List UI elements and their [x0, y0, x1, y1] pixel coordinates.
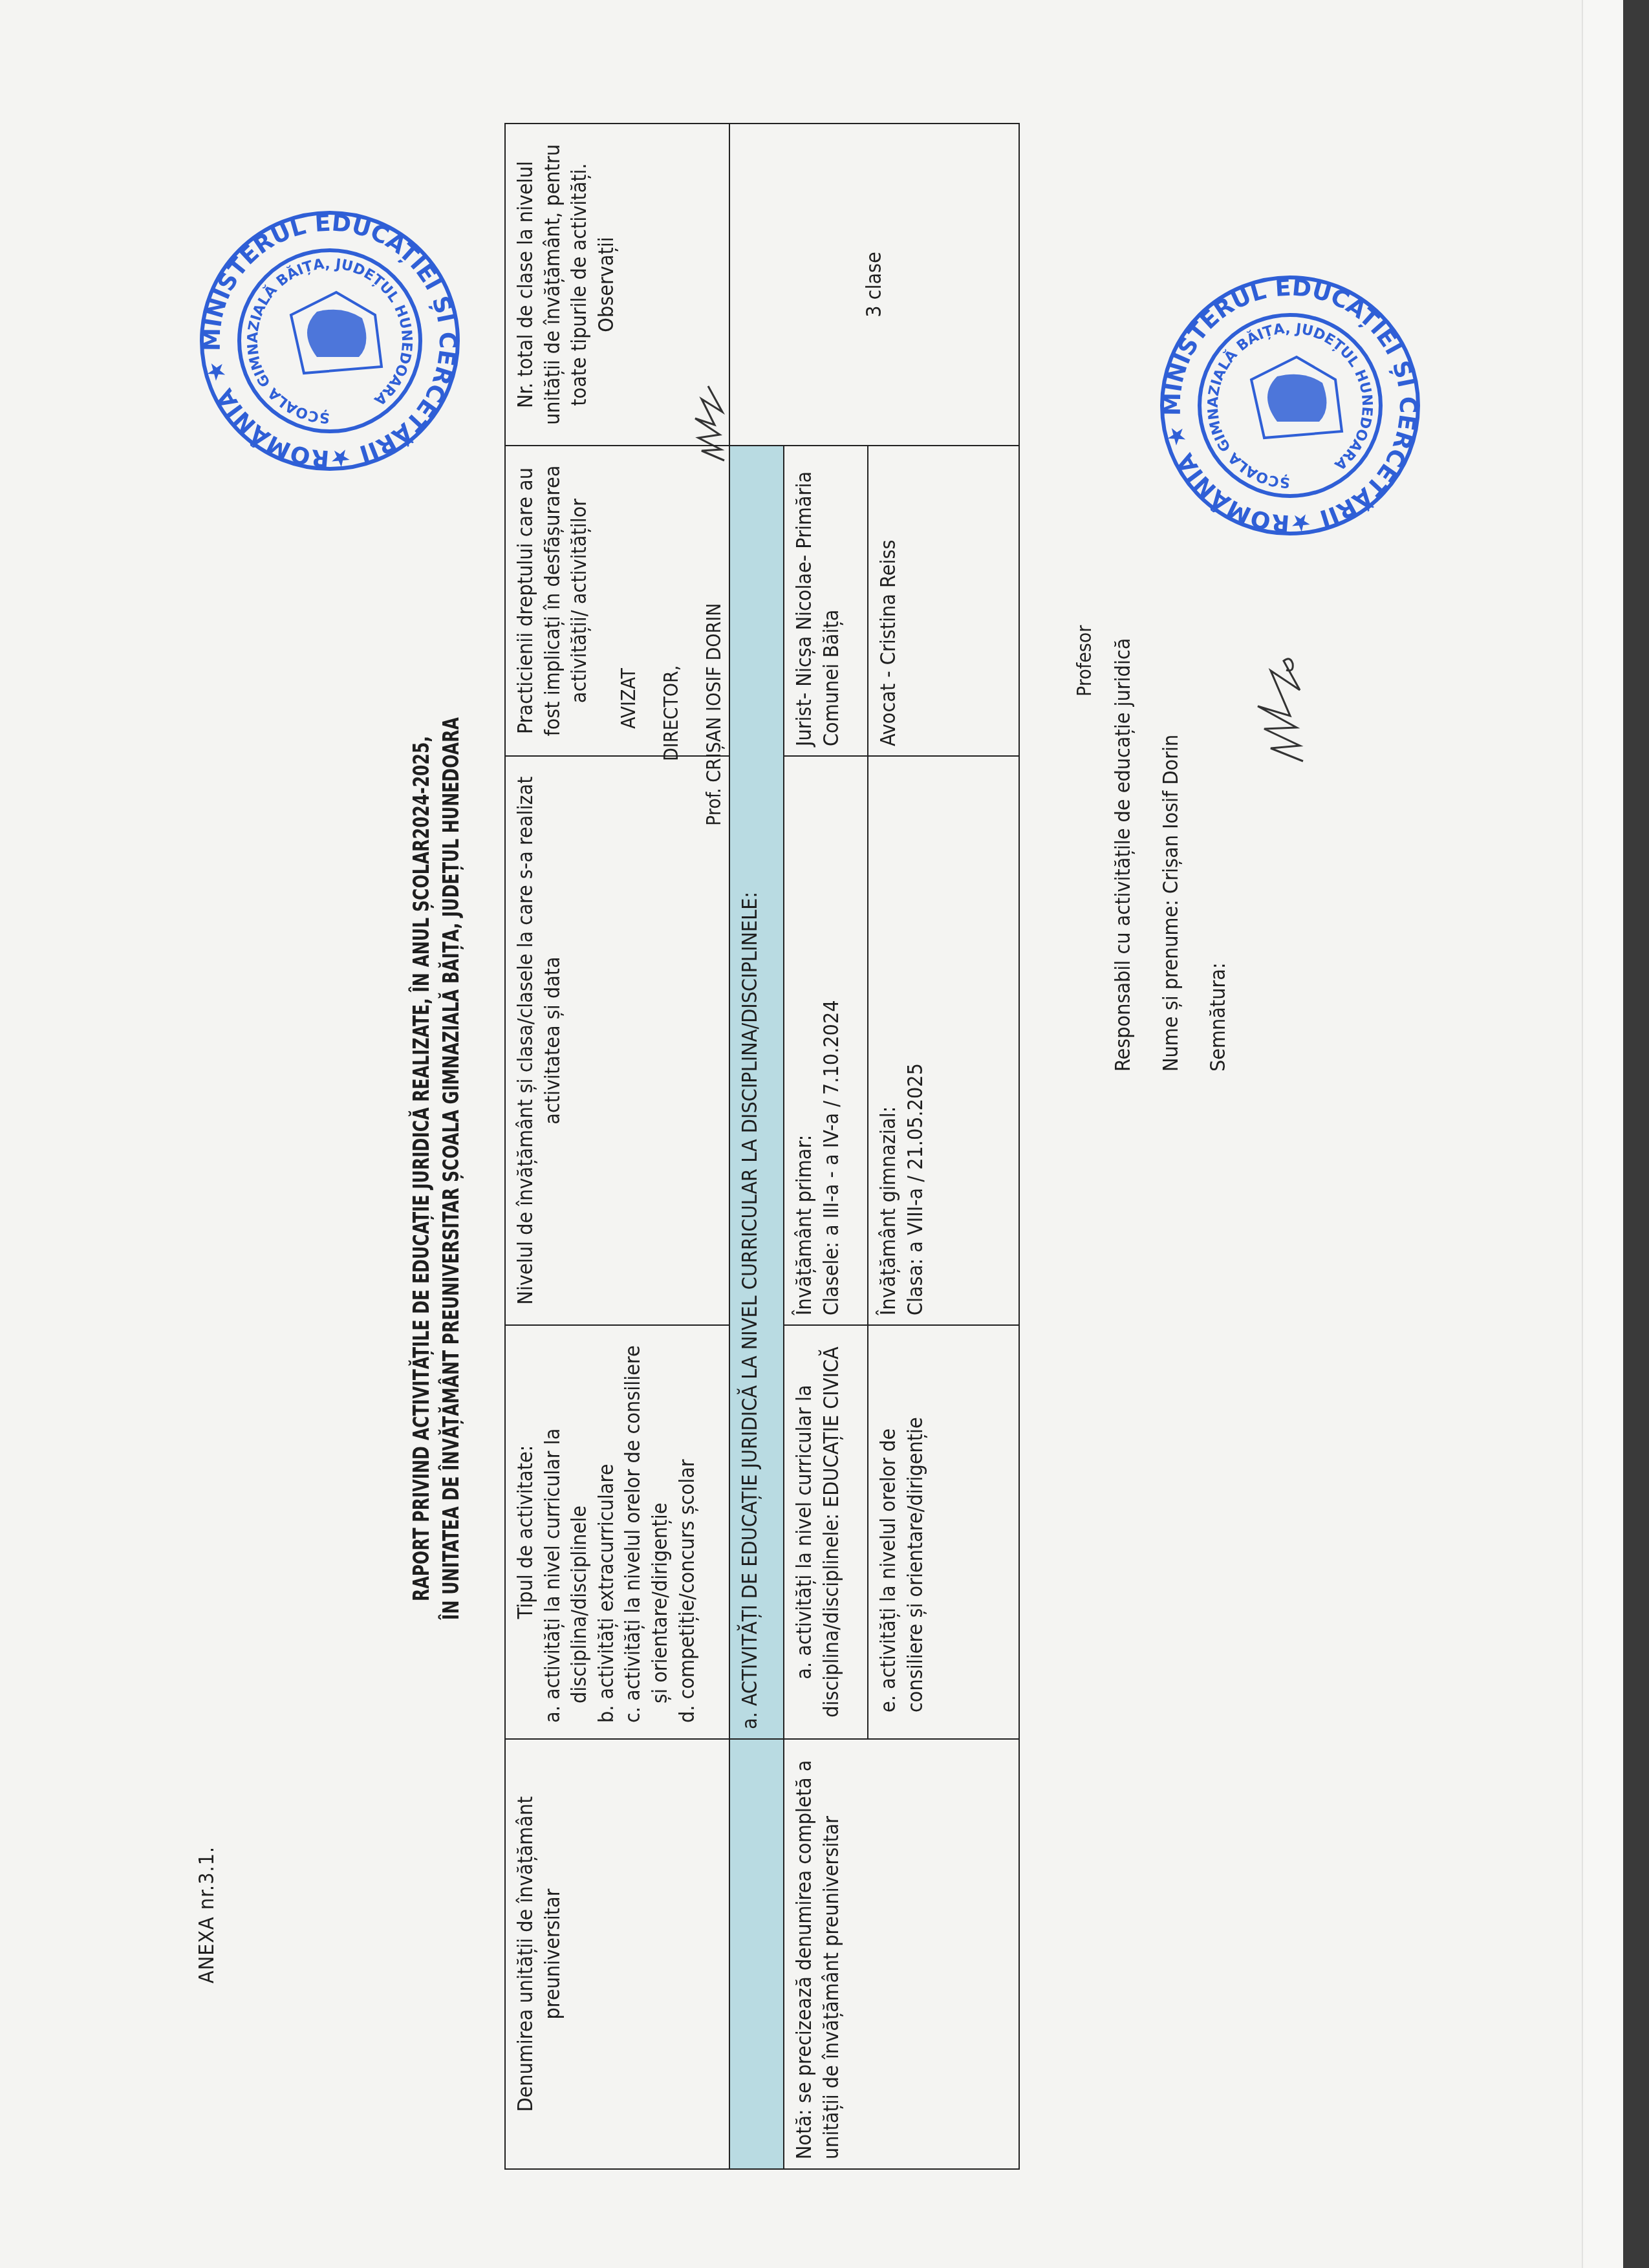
responsible-name: Nume și prenume: Crișan Iosif Dorin	[1147, 638, 1195, 1072]
header-practitioners: Practicienii dreptului care au fost impl…	[505, 446, 729, 756]
band-empty-cell	[729, 1739, 784, 2169]
activity-type-list: a. activități la nivel curricular la dis…	[539, 1335, 701, 1729]
responsible-block: Responsabil cu activitățile de educație …	[1099, 638, 1242, 1072]
report-title-line1: RAPORT PRIVIND ACTIVITĂȚILE DE EDUCAȚIE …	[407, 691, 437, 1646]
row-activity: e. activități la nivelul orelor de consi…	[868, 1325, 1019, 1739]
activity-type-item: d. competiție/concurs școlar	[674, 1335, 701, 1703]
total-classes-cell: 3 clase	[729, 124, 1019, 446]
row-classes-date: Clasele: a III-a - a IV-a / 7.10.2024	[818, 766, 845, 1315]
responsible-signature-icon	[1245, 651, 1316, 768]
row-level-label: Învățământ gimnazial:	[875, 766, 902, 1315]
activities-table: Denumirea unității de învățământ preuniv…	[504, 123, 1020, 2170]
row-practitioner: Avocat - Cristina Reiss	[868, 446, 1019, 756]
report-title: RAPORT PRIVIND ACTIVITĂȚILE DE EDUCAȚIE …	[407, 691, 467, 1646]
row-level: Învățământ gimnazial: Clasa: a VIII-a / …	[868, 756, 1019, 1325]
header-activity-type-title: Tipul de activitate:	[512, 1335, 539, 1729]
unit-note: Notă: se precizează denumirea completă a…	[784, 1739, 1019, 2169]
section-band-label: a. ACTIVITĂȚI DE EDUCAȚIE JURIDICĂ LA NI…	[729, 446, 784, 1739]
header-level-class-date: Nivelul de învățământ și clasa/clasele l…	[505, 756, 729, 1325]
row-classes-date: Clasa: a VIII-a / 21.05.2025	[902, 766, 929, 1315]
report-title-line2: ÎN UNITATEA DE ÎNVĂȚĂMÂNT PREUNIVERSITAR…	[437, 691, 467, 1646]
school-stamp-icon: ROMÂNIA ★ MINISTERUL EDUCAȚIEI ȘI CERCET…	[194, 205, 466, 477]
header-activity-type: Tipul de activitate: a. activități la ni…	[505, 1325, 729, 1739]
row-level-label: Învățământ primar:	[791, 766, 818, 1315]
position-title: Profesor	[1073, 625, 1096, 697]
row-practitioner: Jurist- Nicșa Nicolae- Primăria Comunei …	[784, 446, 868, 756]
header-unit-name: Denumirea unității de învățământ preuniv…	[505, 1739, 729, 2169]
table-header-row: Denumirea unității de învățământ preuniv…	[505, 124, 729, 2169]
section-band-row: a. ACTIVITĂȚI DE EDUCAȚIE JURIDICĂ LA NI…	[729, 124, 784, 2169]
activity-type-item: a. activități la nivel curricular la dis…	[539, 1335, 593, 1703]
annex-label: ANEXA nr.3.1.	[194, 1846, 219, 1983]
signature-label: Semnătura:	[1194, 638, 1242, 1072]
row-level: Învățământ primar: Clasele: a III-a - a …	[784, 756, 868, 1325]
document-page: ANEXA nr.3.1. ROMÂNIA ★ MINISTERUL EDUCA…	[0, 0, 1649, 2268]
activity-type-item: b. activități extracurriculare	[593, 1335, 620, 1703]
header-total-classes: Nr. total de clase la nivelul unității d…	[505, 124, 729, 446]
activity-type-item: c. activități la nivelul orelor de consi…	[620, 1335, 673, 1703]
school-stamp-icon: ROMÂNIA ★ MINISTERUL EDUCAȚIEI ȘI CERCET…	[1154, 270, 1426, 541]
row-activity: a. activități la nivel curricular la dis…	[784, 1325, 868, 1739]
responsible-label: Responsabil cu activitățile de educație …	[1099, 638, 1147, 1072]
